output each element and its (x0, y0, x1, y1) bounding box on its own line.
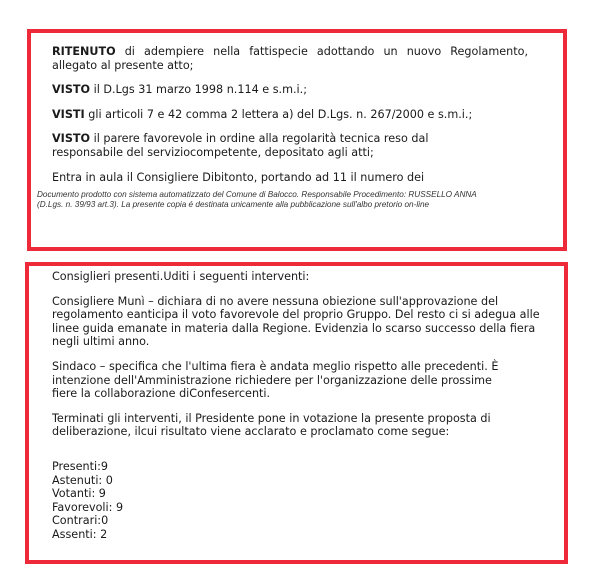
lead-word: VISTO (52, 83, 90, 96)
paragraph-text: gli articoli 7 e 42 comma 2 lettera a) d… (85, 108, 473, 121)
paragraph-intervention-muni: Consigliere Munì – dichiara di no avere … (52, 295, 542, 349)
section-1-content: RITENUTO di adempiere nella fattispecie … (52, 45, 528, 210)
lead-word: VISTO (52, 132, 90, 145)
paragraph-text: di adempiere nella fattispecie adottando… (52, 45, 528, 72)
paragraph-visto-dlgs: VISTO il D.Lgs 31 marzo 1998 n.114 e s.m… (52, 83, 528, 97)
paragraph-ritenuto: RITENUTO di adempiere nella fattispecie … (52, 45, 528, 72)
tally-contrari: Contrari:0 (52, 514, 352, 528)
tally-favorevoli: Favorevoli: 9 (52, 501, 352, 515)
document-page-section-1: RITENUTO di adempiere nella fattispecie … (27, 29, 567, 251)
tally-votanti: Votanti: 9 (52, 487, 352, 501)
lead-word: VISTI (52, 108, 85, 121)
paragraph-entra-in-aula: Entra in aula il Consigliere Dibitonto, … (52, 171, 528, 185)
paragraph-intervention-sindaco: Sindaco – specifica che l'ultima fiera è… (52, 360, 512, 401)
tally-presenti: Presenti:9 (52, 460, 352, 474)
footer-line-2: (D.Lgs. n. 39/93 art.3). La presente cop… (37, 200, 557, 210)
paragraph-votazione: Terminati gli interventi, il Presidente … (52, 412, 542, 439)
document-footer: Documento prodotto con sistema automatiz… (37, 190, 557, 210)
vote-tally: Presenti:9 Astenuti: 0 Votanti: 9 Favore… (52, 460, 352, 542)
tally-assenti: Assenti: 2 (52, 528, 352, 542)
lead-word: RITENUTO (52, 45, 116, 58)
document-page-section-2: Consiglieri presenti.Uditi i seguenti in… (25, 262, 568, 564)
section-2-content: Consiglieri presenti.Uditi i seguenti in… (52, 270, 542, 450)
paragraph-visto-parere: VISTO il parere favorevole in ordine all… (52, 132, 452, 159)
paragraph-visti-articoli: VISTI gli articoli 7 e 42 comma 2 letter… (52, 108, 528, 122)
tally-astenuti: Astenuti: 0 (52, 474, 352, 488)
footer-line-1: Documento prodotto con sistema automatiz… (37, 190, 557, 200)
paragraph-intro: Consiglieri presenti.Uditi i seguenti in… (52, 270, 542, 284)
paragraph-text: il D.Lgs 31 marzo 1998 n.114 e s.m.i.; (90, 83, 307, 96)
paragraph-text: il parere favorevole in ordine alla rego… (52, 132, 428, 159)
